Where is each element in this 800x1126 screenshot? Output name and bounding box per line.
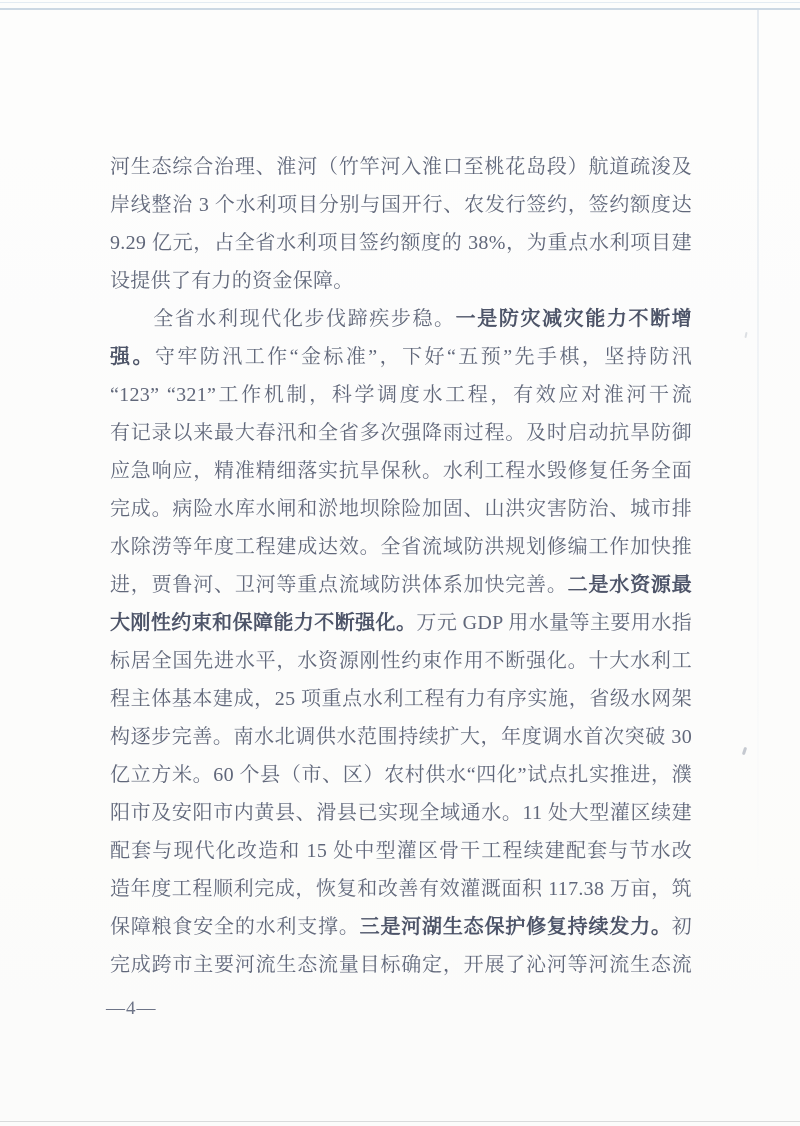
text-line: 水除涝等年度工程建成达效。全省流域防洪规划修编工作加快推 — [110, 528, 692, 566]
scan-edge-line-top — [0, 2, 800, 3]
emphasis-text-run: 大刚性约束和保障能力不断强化。 — [110, 612, 416, 634]
text-line: 阳市及安阳市内黄县、滑县已实现全域通水。11 处大型灌区续建 — [110, 794, 692, 832]
text-run: 水除涝等年度工程建成达效。全省流域防洪规划修编工作加快推 — [110, 536, 692, 558]
emphasis-text-run: 三是河湖生态保护修复持续发力。 — [360, 916, 672, 938]
text-line: 强。守牢防汛工作“金标准”，下好“五预”先手棋，坚持防汛 — [110, 338, 692, 376]
emphasis-text-run: 一是防灾减灾能力不断增 — [456, 308, 692, 330]
text-line: 大刚性约束和保障能力不断强化。万元 GDP 用水量等主要用水指 — [110, 604, 692, 642]
text-line: 9.29 亿元，占全省水利项目签约额度的 38%，为重点水利项目建 — [110, 224, 692, 262]
scanned-page: 河生态综合治理、淮河（竹竿河入淮口至桃花岛段）航道疏浚及岸线整治 3 个水利项目… — [0, 0, 800, 1126]
text-run: 标居全国先进水平，水资源刚性约束作用不断强化。十大水利工 — [110, 650, 692, 672]
text-run: 河生态综合治理、淮河（竹竿河入淮口至桃花岛段）航道疏浚及 — [110, 156, 692, 178]
scan-artifact-speck — [744, 332, 747, 338]
text-line: 岸线整治 3 个水利项目分别与国开行、农发行签约，签约额度达 — [110, 186, 692, 224]
text-run: “123” “321”工作机制，科学调度水工程，有效应对淮河干流 — [110, 384, 692, 406]
text-run: 进，贾鲁河、卫河等重点流域防洪体系加快完善。 — [110, 574, 568, 596]
text-run: 完成跨市主要河流生态流量目标确定，开展了沁河等河流生态流 — [110, 954, 692, 976]
text-run: 设提供了有力的资金保障。 — [110, 270, 354, 292]
text-line: 程主体基本建成，25 项重点水利工程有力有序实施，省级水网架 — [110, 680, 692, 718]
text-line: 应急响应，精准精细落实抗旱保秋。水利工程水毁修复任务全面 — [110, 452, 692, 490]
text-run: 岸线整治 3 个水利项目分别与国开行、农发行签约，签约额度达 — [110, 194, 692, 216]
scan-artifact-speck — [742, 747, 747, 756]
text-line: 有记录以来最大春汛和全省多次强降雨过程。及时启动抗旱防御 — [110, 414, 692, 452]
text-run: 万元 GDP 用水量等主要用水指 — [416, 612, 692, 634]
text-run: 构逐步完善。南水北调供水范围持续扩大，年度调水首次突破 30 — [110, 726, 692, 748]
text-line: 河生态综合治理、淮河（竹竿河入淮口至桃花岛段）航道疏浚及 — [110, 148, 692, 186]
text-run: 应急响应，精准精细落实抗旱保秋。水利工程水毁修复任务全面 — [110, 460, 692, 482]
text-line: “123” “321”工作机制，科学调度水工程，有效应对淮河干流 — [110, 376, 692, 414]
text-line: 完成。病险水库水闸和淤地坝除险加固、山洪灾害防治、城市排 — [110, 490, 692, 528]
text-run: 完成。病险水库水闸和淤地坝除险加固、山洪灾害防治、城市排 — [110, 498, 692, 520]
text-line: 造年度工程顺利完成，恢复和改善有效灌溉面积 117.38 万亩，筑牢 — [110, 870, 692, 908]
emphasis-text-run: 强。 — [110, 346, 155, 368]
scan-edge-line-top-secondary — [0, 8, 800, 10]
text-line: 标居全国先进水平，水资源刚性约束作用不断强化。十大水利工 — [110, 642, 692, 680]
text-line: 配套与现代化改造和 15 处中型灌区骨干工程续建配套与节水改 — [110, 832, 692, 870]
text-run: 全省水利现代化步伐蹄疾步稳。 — [110, 308, 456, 330]
text-run: 配套与现代化改造和 15 处中型灌区骨干工程续建配套与节水改 — [110, 840, 692, 862]
text-line: 构逐步完善。南水北调供水范围持续扩大，年度调水首次突破 30 — [110, 718, 692, 756]
scan-edge-line-bottom — [0, 1121, 800, 1122]
text-run: 守牢防汛工作“金标准”，下好“五预”先手棋，坚持防汛 — [155, 346, 692, 368]
text-line: 设提供了有力的资金保障。 — [110, 262, 692, 300]
text-line: 全省水利现代化步伐蹄疾步稳。一是防灾减灾能力不断增 — [110, 300, 692, 338]
text-run: 程主体基本建成，25 项重点水利工程有力有序实施，省级水网架 — [110, 688, 692, 710]
text-run: 亿立方米。60 个县（市、区）农村供水“四化”试点扎实推进，濮 — [110, 764, 692, 786]
scan-edge-line-right — [757, 10, 759, 880]
text-run: 阳市及安阳市内黄县、滑县已实现全域通水。11 处大型灌区续建 — [110, 802, 692, 824]
text-run: 9.29 亿元，占全省水利项目签约额度的 38%，为重点水利项目建 — [110, 232, 692, 254]
text-run: 有记录以来最大春汛和全省多次强降雨过程。及时启动抗旱防御 — [110, 422, 692, 444]
text-line: 亿立方米。60 个县（市、区）农村供水“四化”试点扎实推进，濮 — [110, 756, 692, 794]
text-line: 保障粮食安全的水利支撑。三是河湖生态保护修复持续发力。初步 — [110, 908, 692, 946]
document-body: 河生态综合治理、淮河（竹竿河入淮口至桃花岛段）航道疏浚及岸线整治 3 个水利项目… — [110, 148, 692, 984]
text-line: 进，贾鲁河、卫河等重点流域防洪体系加快完善。二是水资源最 — [110, 566, 692, 604]
text-run: 保障粮食安全的水利支撑。 — [110, 916, 360, 938]
text-run: 造年度工程顺利完成，恢复和改善有效灌溉面积 117.38 万亩，筑牢 — [110, 878, 692, 908]
page-number: —4— — [106, 994, 157, 1024]
text-line: 完成跨市主要河流生态流量目标确定，开展了沁河等河流生态流 — [110, 946, 692, 984]
emphasis-text-run: 二是水资源最 — [568, 574, 692, 596]
